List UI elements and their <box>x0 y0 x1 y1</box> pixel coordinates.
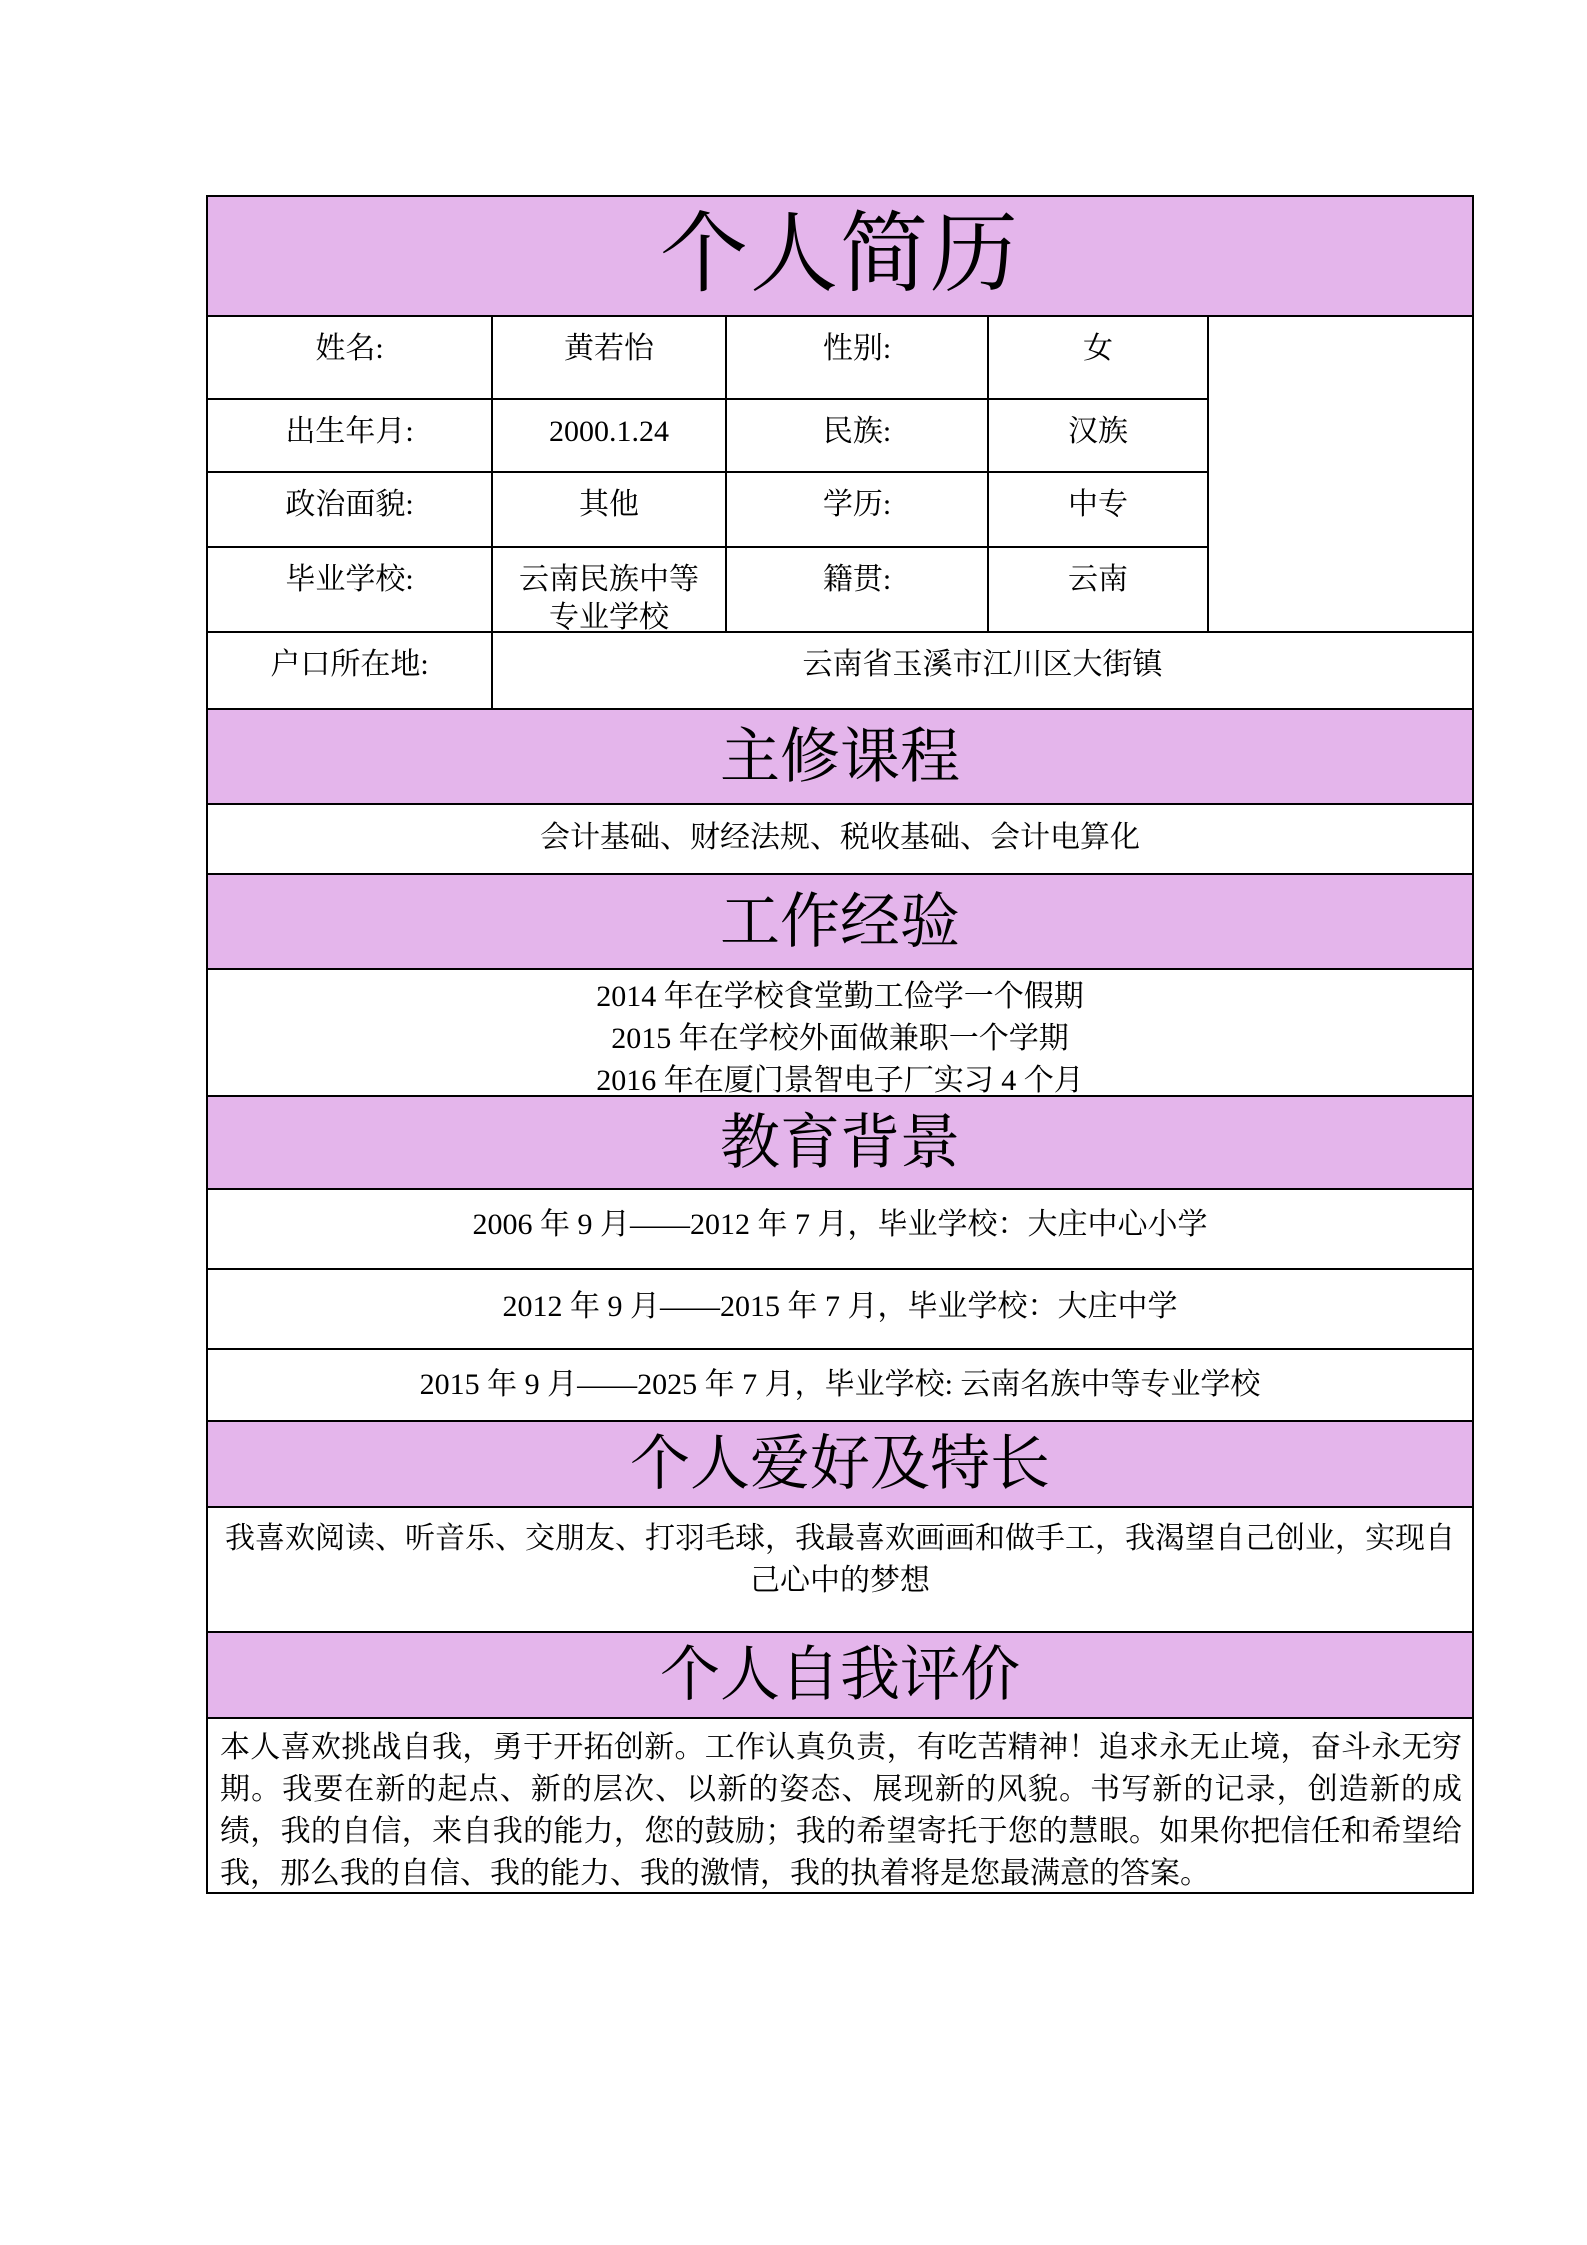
education-section-band: 教育背景 <box>208 1095 1472 1188</box>
name-label: 姓名: <box>208 317 491 398</box>
ethnicity-label: 民族: <box>727 400 987 471</box>
graduate-school-value: 云南民族中等专业学校 <box>493 548 725 631</box>
native-place-value: 云南 <box>989 548 1207 631</box>
gender-value: 女 <box>989 317 1207 398</box>
courses-content: 会计基础、财经法规、税收基础、会计电算化 <box>208 803 1472 873</box>
photo-placeholder-cell <box>1209 317 1472 631</box>
birthdate-label: 出生年月: <box>208 400 491 471</box>
birthdate-value: 2000.1.24 <box>493 400 725 471</box>
evaluation-section-band: 个人自我评价 <box>208 1631 1472 1717</box>
personal-info-table: 姓名: 黄若怡 性别: 女 出生年月: 2000.1.24 民族: 汉族 政治面… <box>208 315 1472 708</box>
hobbies-section-band: 个人爱好及特长 <box>208 1420 1472 1506</box>
evaluation-section-title: 个人自我评价 <box>660 1645 1020 1705</box>
education-row: 2012 年 9 月——2015 年 7 月，毕业学校：大庄中学 <box>208 1268 1472 1348</box>
residence-label: 户口所在地: <box>208 633 491 708</box>
education-level-value: 中专 <box>989 473 1207 546</box>
education-row: 2006 年 9 月——2012 年 7 月，毕业学校：大庄中心小学 <box>208 1188 1472 1268</box>
education-level-label: 学历: <box>727 473 987 546</box>
hobbies-content: 我喜欢阅读、听音乐、交朋友、打羽毛球，我最喜欢画画和做手工，我渴望自己创业，实现… <box>208 1506 1472 1631</box>
resume-page: { "theme": { "band_color": "#E4B5EB", "b… <box>0 0 1587 2245</box>
courses-section-band: 主修课程 <box>208 708 1472 803</box>
name-value: 黄若怡 <box>493 317 725 398</box>
education-section-title: 教育背景 <box>720 1113 960 1173</box>
political-status-value: 其他 <box>493 473 725 546</box>
evaluation-content: 本人喜欢挑战自我，勇于开拓创新。工作认真负责，有吃苦精神！追求永无止境，奋斗永无… <box>208 1717 1472 1892</box>
native-place-label: 籍贯: <box>727 548 987 631</box>
work-content: 2014 年在学校食堂勤工俭学一个假期 2015 年在学校外面做兼职一个学期 2… <box>208 968 1472 1095</box>
work-section-title: 工作经验 <box>720 892 960 952</box>
work-line: 2014 年在学校食堂勤工俭学一个假期 <box>208 976 1472 1018</box>
resume-title: 个人简历 <box>660 212 1020 300</box>
resume-title-band: 个人简历 <box>208 197 1472 315</box>
political-status-label: 政治面貌: <box>208 473 491 546</box>
work-section-band: 工作经验 <box>208 873 1472 968</box>
ethnicity-value: 汉族 <box>989 400 1207 471</box>
graduate-school-label: 毕业学校: <box>208 548 491 631</box>
hobbies-section-title: 个人爱好及特长 <box>630 1434 1050 1494</box>
courses-section-title: 主修课程 <box>720 727 960 787</box>
residence-value: 云南省玉溪市江川区大街镇 <box>493 633 1472 708</box>
resume-table: 个人简历 姓名: 黄若怡 性别: 女 出生年月: 2000.1.24 民族: 汉… <box>206 195 1474 1894</box>
work-line: 2015 年在学校外面做兼职一个学期 <box>208 1018 1472 1060</box>
gender-label: 性别: <box>727 317 987 398</box>
education-row: 2015 年 9 月——2025 年 7 月，毕业学校: 云南名族中等专业学校 <box>208 1348 1472 1420</box>
